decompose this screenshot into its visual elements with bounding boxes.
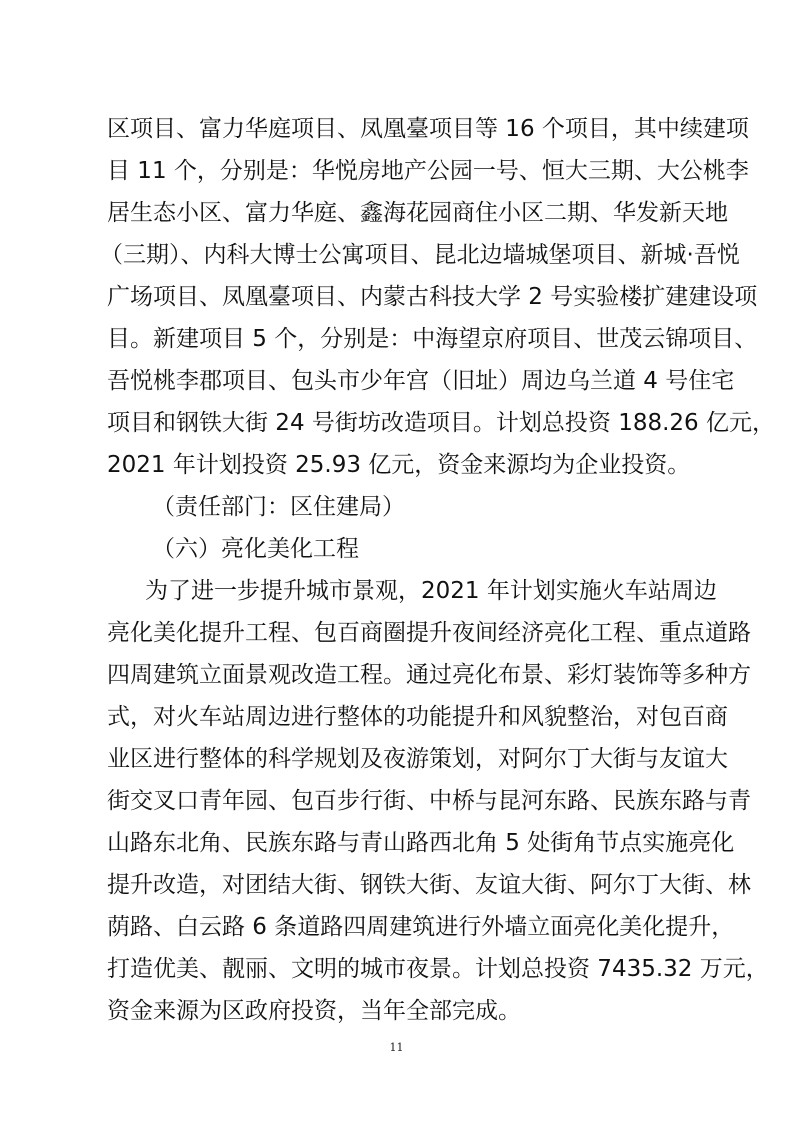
paragraph-line: 街交叉口青年园、包百步行街、中桥与昆河东路、民族东路与青 — [107, 786, 697, 816]
paragraph-line: 式，对火车站周边进行整体的功能提升和风貌整治，对包百商 — [107, 702, 697, 732]
paragraph-line: 打造优美、靓丽、文明的城市夜景。计划总投资 7435.32 万元， — [107, 954, 697, 984]
paragraph-line: （三期）、内科大博士公寓项目、昆北边墙城堡项目、新城·吾悦 — [100, 240, 697, 270]
paragraph-line: 目 11 个，分别是：华悦房地产公园一号、恒大三期、大公桃李 — [107, 156, 697, 186]
paragraph-line: 2021 年计划投资 25.93 亿元，资金来源均为企业投资。 — [107, 450, 697, 480]
paragraph-line: 项目和钢铁大街 24 号街坊改造项目。计划总投资 188.26 亿元， — [107, 408, 697, 438]
paragraph-line: 山路东北角、民族东路与青山路西北角 5 处街角节点实施亮化 — [107, 828, 697, 858]
paragraph-line: 提升改造，对团结大街、钢铁大街、友谊大街、阿尔丁大街、林 — [107, 870, 697, 900]
paragraph-line: 居生态小区、富力华庭、鑫海花园商住小区二期、华发新天地 — [107, 198, 697, 228]
paragraph-line: 资金来源为区政府投资，当年全部完成。 — [107, 996, 697, 1026]
paragraph-line: 亮化美化提升工程、包百商圈提升夜间经济亮化工程、重点道路 — [107, 618, 697, 648]
paragraph-line: 目。新建项目 5 个，分别是：中海望京府项目、世茂云锦项目、 — [107, 324, 697, 354]
paragraph-line: 业区进行整体的科学规划及夜游策划，对阿尔丁大街与友谊大 — [107, 744, 697, 774]
paragraph-line: 荫路、白云路 6 条道路四周建筑进行外墙立面亮化美化提升， — [107, 912, 697, 942]
responsible-department: （责任部门：区住建局） — [152, 492, 697, 522]
paragraph-line: 四周建筑立面景观改造工程。通过亮化布景、彩灯装饰等多种方 — [107, 660, 697, 690]
section-heading: （六）亮化美化工程 — [152, 534, 697, 564]
document-page: 区项目、富力华庭项目、凤凰臺项目等 16 个项目，其中续建项 目 11 个，分别… — [0, 0, 793, 1122]
paragraph-line: 为了进一步提升城市景观，2021 年计划实施火车站周边 — [145, 576, 697, 606]
paragraph-line: 吾悦桃李郡项目、包头市少年宫（旧址）周边乌兰道 4 号住宅 — [107, 366, 697, 396]
paragraph-line: 广场项目、凤凰臺项目、内蒙古科技大学 2 号实验楼扩建建设项 — [107, 282, 697, 312]
page-number: 11 — [0, 1041, 793, 1054]
paragraph-line: 区项目、富力华庭项目、凤凰臺项目等 16 个项目，其中续建项 — [107, 114, 697, 144]
